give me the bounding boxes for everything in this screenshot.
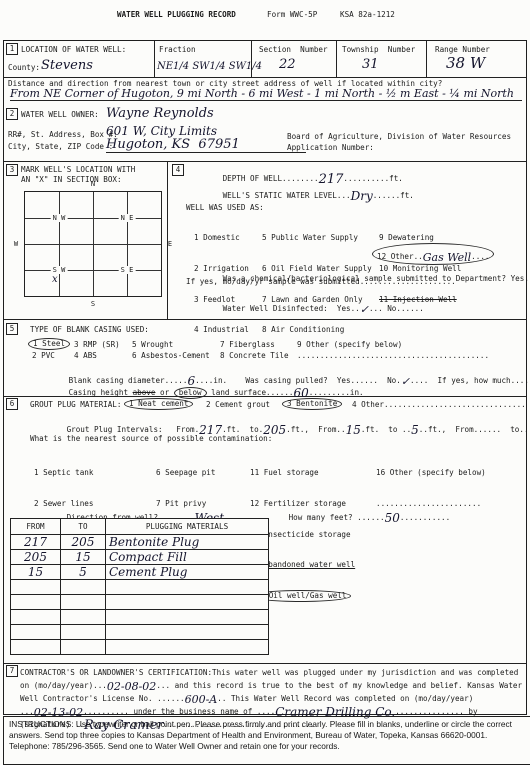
casing-abs: 4 ABS bbox=[74, 351, 97, 360]
other-use-value: Gas Well bbox=[423, 251, 471, 264]
compass-east-label: E bbox=[168, 240, 172, 248]
interval2-from: 15 bbox=[346, 423, 361, 437]
range-number-label: Range Number bbox=[435, 45, 490, 54]
section4-number: 4 bbox=[172, 164, 184, 176]
section1-label: LOCATION OF WATER WELL: bbox=[21, 45, 126, 54]
disinfected-yes-checkmark: ✓ bbox=[360, 303, 369, 316]
section-number-value: 22 bbox=[279, 57, 296, 72]
static-level-value: Dry bbox=[351, 189, 373, 203]
grid-label-ne: N E bbox=[119, 214, 136, 222]
table-header-row: FROM TO PLUGGING MATERIALS bbox=[11, 519, 269, 535]
feet-value: 50 bbox=[385, 511, 400, 525]
owner-label: WATER WELL OWNER: bbox=[21, 110, 99, 119]
col-to: TO bbox=[61, 519, 106, 535]
city-value: Hugoton, KS 67951 bbox=[106, 137, 306, 153]
col-from: FROM bbox=[11, 519, 61, 535]
address-label: RR#, St. Address, Box #: bbox=[8, 130, 118, 139]
distance-row: Distance and direction from nearest town… bbox=[4, 77, 526, 104]
plugged-date-value: 02-08-02 bbox=[107, 680, 156, 693]
board-label: Board of Agriculture, Division of Water … bbox=[287, 132, 511, 141]
section2-owner: 2 WATER WELL OWNER: Wayne Reynolds RR#, … bbox=[4, 104, 526, 162]
sample-date-line: If yes, mo/day/yr sample was submitted..… bbox=[186, 277, 456, 286]
table-row bbox=[11, 595, 269, 610]
instructions-text: INSTRUCTIONS: Use typewriter or ball poi… bbox=[9, 719, 512, 751]
table-row bbox=[11, 610, 269, 625]
section3-label-line2: AN "X" IN SECTION BOX: bbox=[21, 175, 122, 184]
casing-type-label: TYPE OF BLANK CASING USED: bbox=[30, 325, 149, 334]
section-box-grid: N W N E S W S E N S W E x bbox=[24, 191, 162, 297]
cement-grout-option: 2 Cement grout bbox=[206, 400, 270, 409]
casing-concrete: 8 Concrete Tile bbox=[220, 351, 289, 360]
table-row bbox=[11, 580, 269, 595]
instructions-box: INSTRUCTIONS: Use typewriter or ball poi… bbox=[3, 716, 530, 765]
neat-cement-circled: 1 Neat cement bbox=[124, 398, 193, 410]
used-as-label: WELL WAS USED AS: bbox=[186, 203, 264, 212]
application-number-label: Application Number: bbox=[287, 143, 374, 152]
grout-other-option: 4 Other............................... bbox=[352, 400, 526, 409]
section3-label-line1: MARK WELL'S LOCATION WITH bbox=[21, 165, 135, 174]
section2-number: 2 bbox=[6, 108, 18, 120]
section-number-label: Section Number bbox=[259, 45, 328, 54]
col-materials: PLUGGING MATERIALS bbox=[106, 519, 269, 535]
table-row bbox=[11, 640, 269, 655]
compass-north-label: N bbox=[91, 180, 95, 188]
casing-pulled-no-checkmark: ✓ bbox=[401, 375, 410, 388]
table-row: 217205Bentonite Plug bbox=[11, 535, 269, 550]
county-label: County: bbox=[8, 63, 40, 72]
casing-asbestos: 6 Asbestos-Cement bbox=[132, 351, 210, 360]
compass-south-label: S bbox=[91, 300, 95, 308]
table-row: 155Cement Plug bbox=[11, 565, 269, 580]
grout-material-label: GROUT PLUG MATERIAL: bbox=[30, 400, 121, 409]
casing-steel-circled: 1 Steel bbox=[28, 338, 70, 350]
casing-fiberglass: 7 Fiberglass bbox=[220, 340, 275, 349]
grid-line bbox=[25, 270, 161, 271]
section6-grout: 6 GROUT PLUG MATERIAL: 1 Neat cement 2 C… bbox=[4, 396, 526, 664]
grid-label-sw: S W bbox=[51, 266, 68, 274]
form-number: Form WWC-5P bbox=[267, 10, 317, 19]
feet-line: How many feet? ......50........... bbox=[252, 504, 450, 531]
casing-rmp: 3 RMP (SR) bbox=[74, 340, 120, 349]
address-value: 601 W, City Limits bbox=[106, 124, 217, 138]
interval2-to: 5 bbox=[411, 423, 419, 437]
township-number-label: Township Number bbox=[342, 45, 415, 54]
divider bbox=[336, 41, 337, 77]
casing-wrought: 5 Wrought bbox=[132, 340, 173, 349]
city-label: City, State, ZIP Code : bbox=[8, 142, 113, 151]
water-well-plugging-record-form: WATER WELL PLUGGING RECORD Form WWC-5P K… bbox=[0, 0, 530, 765]
bentonite-circled: 3 Bentonite bbox=[282, 398, 342, 410]
section1-location: 1 LOCATION OF WATER WELL: Fraction Secti… bbox=[4, 41, 526, 78]
contamination-label: What is the nearest source of possible c… bbox=[30, 434, 272, 443]
form-body: 1 LOCATION OF WATER WELL: Fraction Secti… bbox=[3, 40, 527, 715]
section3-number: 3 bbox=[6, 164, 18, 176]
range-number-value: 38 W bbox=[446, 54, 485, 72]
section5-number: 5 bbox=[6, 323, 18, 335]
divider bbox=[154, 41, 155, 77]
compass-west-label: W bbox=[14, 240, 18, 248]
casing-pvc: 2 PVC bbox=[32, 351, 55, 360]
other-use-circled: 12 Other..Gas Well.... bbox=[372, 243, 494, 265]
grid-line bbox=[25, 244, 161, 245]
fraction-label: Fraction bbox=[159, 45, 196, 54]
grid-label-se: S E bbox=[119, 266, 136, 274]
casing-other-dots: ........................................… bbox=[297, 351, 489, 360]
grid-line bbox=[25, 218, 161, 219]
fraction-value: NE1/4 SW1/4 SW1/4 bbox=[157, 61, 262, 72]
section1-number: 1 bbox=[6, 43, 18, 55]
section34-row: 3 MARK WELL'S LOCATION WITH AN "X" IN SE… bbox=[4, 161, 526, 320]
well-location-x-mark: x bbox=[52, 274, 58, 285]
grid-label-nw: N W bbox=[51, 214, 68, 222]
township-number-value: 31 bbox=[362, 57, 379, 72]
section5-casing: 5 TYPE OF BLANK CASING USED: 1 Steel 3 R… bbox=[4, 319, 526, 397]
divider bbox=[426, 41, 427, 77]
casing-other: 9 Other (specify below) bbox=[297, 340, 402, 349]
disinfected-line: Water Well Disinfected: Yes..✓... No....… bbox=[186, 295, 424, 322]
statute-number: KSA 82a-1212 bbox=[340, 10, 395, 19]
distance-value: From NE Corner of Hugoton, 9 mi North - … bbox=[10, 87, 522, 101]
section6-number: 6 bbox=[6, 398, 18, 410]
license-number-value: 600-A bbox=[185, 693, 218, 706]
section7-number: 7 bbox=[6, 665, 18, 677]
page-title: WATER WELL PLUGGING RECORD bbox=[117, 10, 236, 19]
plugging-materials-table: FROM TO PLUGGING MATERIALS 217205Bentoni… bbox=[10, 518, 269, 655]
county-value: Stevens bbox=[41, 58, 93, 73]
table-row: 20515Compact Fill bbox=[11, 550, 269, 565]
section7-certification: 7 CONTRACTOR'S OR LANDOWNER'S CERTIFICAT… bbox=[4, 663, 526, 713]
table-row bbox=[11, 625, 269, 640]
owner-value: Wayne Reynolds bbox=[106, 106, 214, 121]
